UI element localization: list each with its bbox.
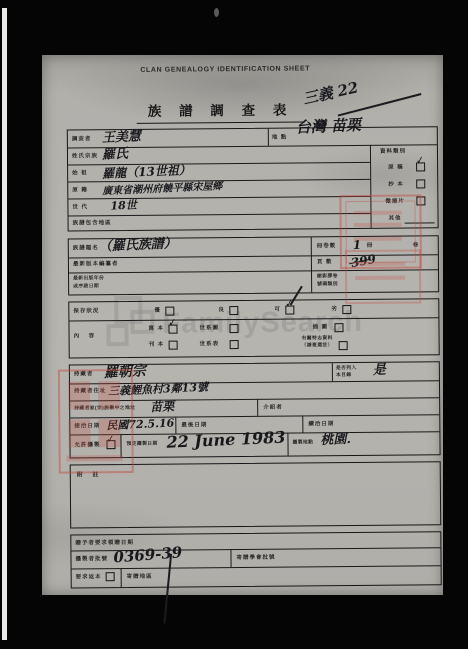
pages-label: 頁 數 xyxy=(317,259,333,266)
location-label: 地 點 xyxy=(272,135,288,142)
listed-label-line2: 本目錄 xyxy=(336,373,352,379)
film-speck xyxy=(214,8,219,17)
condition-poor-label: 劣 xyxy=(331,306,338,313)
content-pedigree-table-label: 世系表 xyxy=(200,341,220,348)
red-seal-stamp-right-lower xyxy=(345,249,421,304)
clan-label: 姓氏宗族 xyxy=(72,153,98,160)
location-value: 台灣 苗栗 xyxy=(295,118,361,136)
content-label: 內 容 xyxy=(74,333,99,340)
clan-area-value: 苗栗 xyxy=(150,400,175,413)
batch-value: 0369-39 xyxy=(113,545,183,565)
material-original-label: 原 稿 xyxy=(388,165,404,172)
content-special-label-line2: （請複選註） xyxy=(302,343,333,349)
generations-label: 世 代 xyxy=(72,204,88,211)
film-date-value: 22 June 1983 xyxy=(166,430,286,451)
origin-label: 原 籍 xyxy=(72,187,88,194)
condition-good-checkbox xyxy=(229,306,238,315)
content-pedigree-chart-label: 世系圖 xyxy=(199,325,219,332)
content-illustration-label: 插 圖 xyxy=(312,324,328,331)
content-special-checkbox xyxy=(339,341,348,350)
volumes-label: 冊卷數 xyxy=(317,243,337,250)
clan-value: 羅氏 xyxy=(102,148,129,162)
material-copy-checkbox xyxy=(416,179,425,188)
listed-value: 是 xyxy=(373,364,387,378)
scanned-document-page: CLAN GENEALOGY IDENTIFICATION SHEET 族 譜 … xyxy=(42,55,443,595)
batch-label: 攝製者批號 xyxy=(75,556,108,563)
content-pedigree-chart-checkbox xyxy=(229,324,238,333)
investigator-label: 調查者 xyxy=(72,136,92,143)
film-no-label-line1: 縮影膠卷 xyxy=(317,274,338,280)
content-pedigree-table-checkbox xyxy=(230,340,239,349)
content-printed-label: 刊 本 xyxy=(149,342,165,349)
handwritten-annotation: 三義 22 xyxy=(301,76,360,109)
donate-area-label: 寄贈地區 xyxy=(127,574,153,581)
content-manuscript-checkmark: ✓ xyxy=(168,318,178,329)
film-place-label: 攝製地點 xyxy=(292,440,313,446)
content-manuscript-label: 寫 本 xyxy=(148,326,164,333)
pub-year-label-line1: 最新出版年份 xyxy=(73,276,104,282)
society-batch-label: 寄贈學會批號 xyxy=(236,555,275,562)
condition-excellent-checkbox xyxy=(165,307,174,316)
red-seal-stamp-left xyxy=(58,369,134,474)
material-copy-label: 抄 本 xyxy=(388,182,404,189)
follow-date-label: 續洽日期 xyxy=(308,421,334,428)
ancestor-value: 羅龍（13世祖） xyxy=(102,164,191,180)
film-edge-strip xyxy=(2,8,7,640)
return-copy-label: 要求返本 xyxy=(76,574,102,581)
condition-poor-checkbox xyxy=(342,305,351,314)
condition-fair-label: 可 xyxy=(274,307,281,314)
film-place-value: 桃園． xyxy=(320,432,360,447)
content-printed-checkbox xyxy=(169,341,178,350)
material-original-checkmark: ✓ xyxy=(415,156,425,167)
compiler-label: 最新版本編纂者 xyxy=(73,261,119,268)
book-title-label: 族譜題名 xyxy=(73,245,99,252)
coverage-label: 族譜包含地區 xyxy=(73,220,112,227)
table-condition: 保存狀況 優 良 可 ✓ 劣 內 容 寫 本 ✓ 世系圖 插 圖 刊 本 世系表… xyxy=(68,298,439,358)
last-date-label: 最後日期 xyxy=(181,422,207,429)
chinese-title: 族 譜 調 查 表 xyxy=(137,98,305,123)
condition-label: 保存狀況 xyxy=(73,308,99,315)
condition-excellent-label: 優 xyxy=(154,308,161,315)
donor-request-label: 贈予者要求領贈日期 xyxy=(75,540,134,547)
introducer-label: 介紹者 xyxy=(263,405,283,412)
material-category-header: 資料類別 xyxy=(380,149,406,156)
investigator-value: 王美慧 xyxy=(102,130,142,145)
english-title: CLAN GENEALOGY IDENTIFICATION SHEET xyxy=(100,65,350,74)
film-no-label-line2: 號碼類別 xyxy=(317,282,338,288)
origin-value: 廣東省潮州府饒平縣宋屋鄉 xyxy=(102,182,222,197)
microfilm-frame: CLAN GENEALOGY IDENTIFICATION SHEET 族 譜 … xyxy=(0,0,468,649)
content-special-label-line1: 有關特志資料 xyxy=(302,336,333,342)
return-copy-checkbox xyxy=(106,572,115,581)
listed-label-line1: 是否列入 xyxy=(336,366,357,372)
book-title-value: （羅氏族譜） xyxy=(99,237,178,253)
condition-good-label: 良 xyxy=(218,307,225,314)
generations-value: 18世 xyxy=(110,199,137,211)
ancestor-label: 始 祖 xyxy=(72,170,88,177)
content-illustration-checkbox xyxy=(334,323,343,332)
pub-year-label-line2: 或序跋日期 xyxy=(73,284,99,290)
table-batch: 贈予者要求領贈日期 攝製者批號 0369-39 寄贈學會批號 要求返本 寄贈地區 xyxy=(70,531,441,588)
